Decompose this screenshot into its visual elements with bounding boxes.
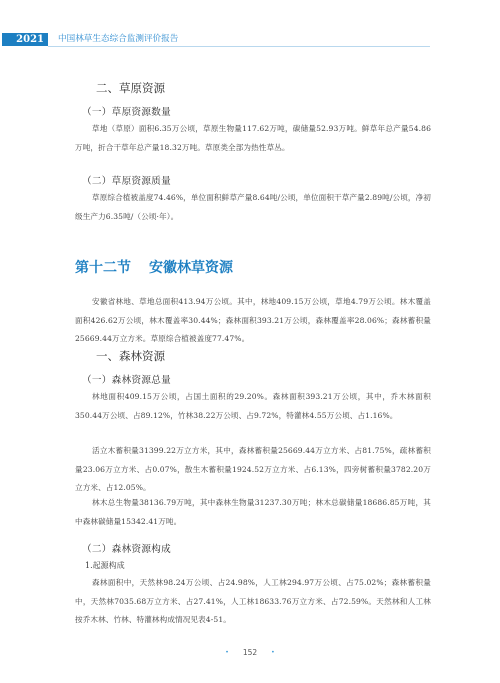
paragraph-forest-biomass: 林木总生物量38136.79万吨，其中森林生物量31237.30万吨；林木总碳储… — [75, 494, 431, 531]
chapter-number: 第十二节 — [75, 260, 131, 276]
running-header: 2021 中国林草生态综合监测评价报告 — [2, 33, 430, 47]
paragraph-grassland-quality: 草原综合植被盖度74.46%，单位面积鲜草产量8.64吨/公顷，单位面积干草产量… — [75, 189, 431, 226]
heading-grassland-quantity: （一）草原资源数量 — [75, 106, 438, 120]
paragraph-forest-volume: 活立木蓄积量31399.22万立方米，其中，森林蓄积量25669.44万立方米、… — [75, 442, 431, 498]
header-report-title: 中国林草生态综合监测评价报告 — [58, 33, 178, 46]
paragraph-origin-composition: 森林面积中，天然林98.24万公顷、占24.98%，人工林294.97万公顷、占… — [75, 574, 431, 630]
header-year-badge: 2021 — [2, 33, 48, 46]
header-divider — [48, 46, 430, 47]
heading-grassland-resources: 二、草原资源 — [75, 80, 452, 96]
paragraph-grassland-quantity: 草地（草原）面积6.35万公顷，草原生物量117.62万吨，碳储量52.93万吨… — [75, 120, 431, 157]
footer-dot-right-icon: • — [271, 648, 275, 658]
paragraph-chapter-intro: 安徽省林地、草地总面积413.94万公顷。其中，林地409.15万公顷，草地4.… — [75, 293, 431, 349]
heading-forest-composition: （二）森林资源构成 — [75, 543, 438, 557]
chapter-name: 安徽林草资源 — [149, 260, 233, 276]
chapter-title: 第十二节安徽林草资源 — [75, 258, 431, 278]
heading-forest-total: （一）森林资源总量 — [75, 374, 438, 388]
heading-grassland-quality: （二）草原资源质量 — [75, 175, 438, 189]
footer-dot-left-icon: • — [225, 648, 229, 658]
heading-origin-composition: 1.起源构成 — [75, 559, 441, 573]
page-footer: •152• — [0, 648, 500, 658]
heading-forest-resources: 一、森林资源 — [75, 348, 452, 364]
paragraph-forest-area: 林地面积409.15万公顷，占国土面积的29.20%。森林面积393.21万公顷… — [75, 388, 431, 425]
page-number: 152 — [243, 648, 257, 657]
